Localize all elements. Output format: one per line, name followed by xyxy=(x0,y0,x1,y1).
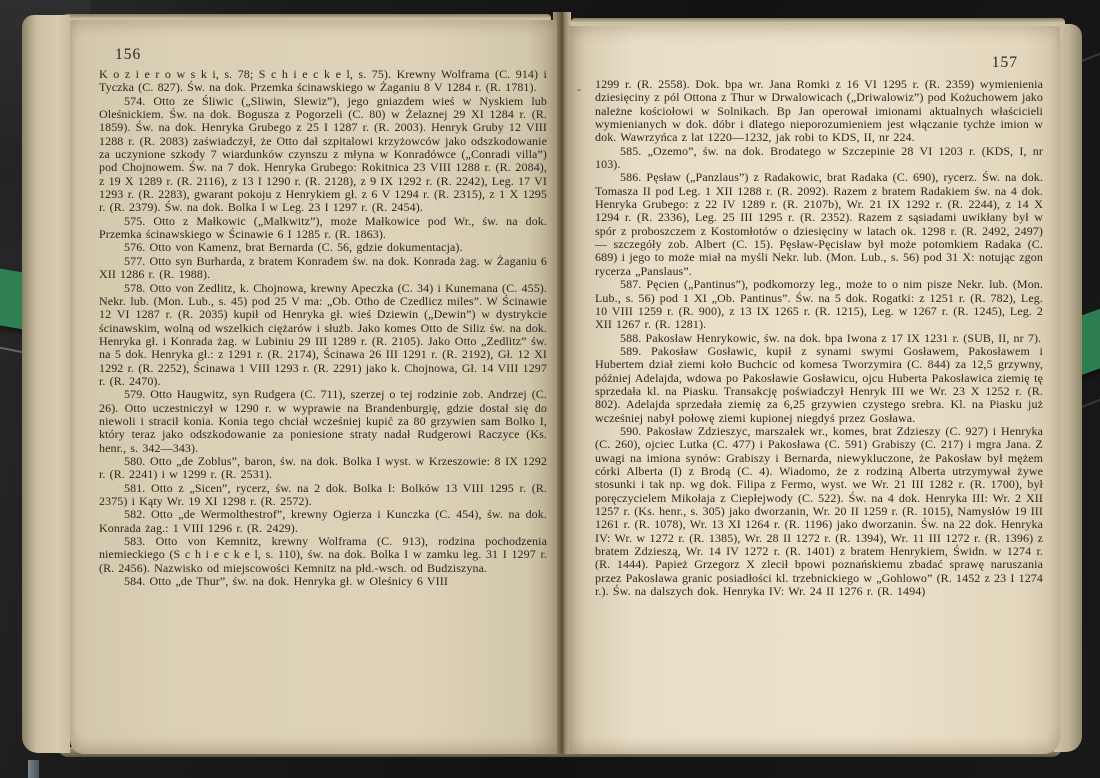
pencil-margin-mark: - xyxy=(577,81,581,97)
entry-585: 585. „Ozemo”, św. na dok. Brodatego w Sz… xyxy=(595,145,1043,172)
entry-586: 586. Pęsław („Panzlaus”) z Radakowic, br… xyxy=(595,171,1043,278)
entry-582: 582. Otto „de Wermolthestrof”, krewny Og… xyxy=(99,508,547,535)
entry-588: 588. Pakosław Henrykowic, św. na dok. bp… xyxy=(595,332,1043,345)
paragraph-continuation: K o z i e r o w s k i, s. 78; S c h i e … xyxy=(99,68,547,95)
page-number: 156 xyxy=(115,46,141,64)
entry-583: 583. Otto von Kemnitz, krewny Wolframa (… xyxy=(99,535,547,575)
paragraph-continuation: 1299 r. (R. 2558). Dok. bpa wr. Jana Rom… xyxy=(595,78,1043,145)
entry-575: 575. Otto z Małkowic („Malkwitz”), może … xyxy=(99,215,547,242)
page-157-text: 1299 r. (R. 2558). Dok. bpa wr. Jana Rom… xyxy=(595,78,1043,598)
entry-579: 579. Otto Haugwitz, syn Rudgera (C. 711)… xyxy=(99,388,547,455)
entry-577: 577. Otto syn Burharda, z bratem Konrade… xyxy=(99,255,547,282)
entry-576: 576. Otto von Kamenz, brat Bernarda (C. … xyxy=(99,241,547,254)
entry-587: 587. Pęcien („Pantinus”), podkomorzy leg… xyxy=(595,278,1043,331)
entry-574: 574. Otto ze Śliwic („Sliwin, Slewiz”), … xyxy=(99,95,547,215)
entry-590: 590. Pakosław Zdzieszyc, marszałek wr., … xyxy=(595,425,1043,598)
left-page-fore-edge xyxy=(22,15,70,753)
entry-584: 584. Otto „de Thur”, św. na dok. Henryka… xyxy=(99,575,547,588)
entry-581: 581. Otto z „Sicen”, rycerz, św. na 2 do… xyxy=(99,482,547,509)
page-156-text: K o z i e r o w s k i, s. 78; S c h i e … xyxy=(99,68,547,588)
photo-scene: 156 K o z i e r o w s k i, s. 78; S c h … xyxy=(0,0,1100,778)
page-number: 157 xyxy=(992,54,1018,72)
entry-580: 580. Otto „de Zoblus”, baron, św. na dok… xyxy=(99,455,547,482)
page-156: 156 K o z i e r o w s k i, s. 78; S c h … xyxy=(70,20,557,754)
book-stand xyxy=(28,760,39,778)
entry-578: 578. Otto von Zedlitz, k. Chojnowa, krew… xyxy=(99,282,547,389)
entry-589: 589. Pakosław Gosławic, kupił z synami s… xyxy=(595,345,1043,425)
page-157: 157 - 1299 r. (R. 2558). Dok. bpa wr. Ja… xyxy=(569,26,1060,754)
